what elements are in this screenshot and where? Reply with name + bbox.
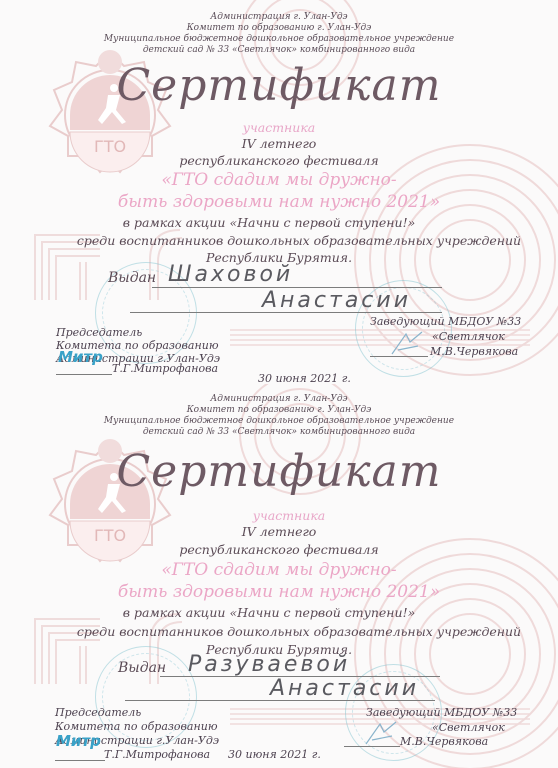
header-line-4: детский сад № 33 «Светлячок» комбинирова…: [0, 427, 558, 438]
certificate-2: ГТО Администрация г. Улан-Удэ Комитет по…: [0, 384, 558, 768]
campaign-line: в рамках акции «Начни с первой ступени!»: [0, 215, 548, 230]
festival-type: республиканского фестиваля: [0, 542, 558, 557]
left-signature: Митр: [56, 732, 101, 750]
left-signer-name: Т.Г.Митрофанова: [104, 748, 210, 761]
left-signer-title-1: Председатель: [56, 326, 142, 339]
festival-slogan-2: быть здоровыми нам нужно 2021»: [0, 582, 558, 602]
left-signature-line: [55, 760, 105, 761]
recipient-surname: Шаховой: [168, 262, 293, 287]
issuer-header: Администрация г. Улан-Удэ Комитет по обр…: [0, 394, 558, 438]
header-line-2: Комитет по образованию г. Улан-Удэ: [0, 23, 558, 34]
left-signer-title-1: Председатель: [55, 706, 141, 719]
recipient-surname: Разуваевой: [188, 652, 350, 677]
festival-slogan-2: быть здоровыми нам нужно 2021»: [0, 192, 558, 212]
right-signer-title-1: Заведующий МБДОУ №33: [370, 315, 521, 328]
header-line-1: Администрация г. Улан-Удэ: [0, 12, 558, 23]
festival-edition: IV летнего: [0, 136, 558, 151]
issued-label: Выдан: [118, 660, 166, 676]
audience-line: среди воспитанников дошкольных образоват…: [20, 624, 558, 639]
festival-slogan-1: «ГТО сдадим мы дружно-: [0, 560, 558, 580]
header-line-3: Муниципальное бюджетное дошкольное образ…: [0, 416, 558, 427]
header-line-4: детский сад № 33 «Светлячок» комбинирова…: [0, 45, 558, 56]
certificate-subtitle: участника: [0, 120, 558, 135]
header-line-1: Администрация г. Улан-Удэ: [0, 394, 558, 405]
certificate-title: Сертификат: [0, 60, 558, 111]
issue-date: 30 июня 2021 г.: [228, 748, 321, 761]
right-signer-title-2: «Светлячок: [432, 721, 505, 734]
left-signature-line: [56, 374, 112, 375]
right-signer-title-2: «Светлячок: [432, 330, 505, 343]
right-signature-icon: [362, 718, 402, 748]
recipient-name: Анастасии: [262, 288, 411, 313]
festival-type: республиканского фестиваля: [0, 153, 558, 168]
header-line-2: Комитет по образованию г. Улан-Удэ: [0, 405, 558, 416]
festival-slogan-1: «ГТО сдадим мы дружно-: [0, 170, 558, 190]
issue-date: 30 июня 2021 г.: [258, 372, 351, 384]
certificate-1: ГТО Администрация г. Улан-Удэ Комитет по…: [0, 0, 558, 384]
certificate-title: Сертификат: [0, 446, 558, 497]
campaign-line: в рамках акции «Начни с первой ступени!»: [0, 605, 548, 620]
left-signer-name: Т.Г.Митрофанова: [112, 362, 218, 375]
issued-label: Выдан: [108, 270, 156, 286]
certificate-subtitle: участника: [10, 508, 558, 523]
right-signature-icon: [388, 328, 428, 358]
festival-edition: IV летнего: [0, 524, 558, 539]
header-line-3: Муниципальное бюджетное дошкольное образ…: [0, 34, 558, 45]
right-signer-name: М.В.Червякова: [400, 735, 488, 748]
left-signature: Митр: [58, 348, 103, 366]
recipient-name: Анастасии: [270, 676, 419, 701]
audience-line: среди воспитанников дошкольных образоват…: [20, 233, 558, 248]
issuer-header: Администрация г. Улан-Удэ Комитет по обр…: [0, 12, 558, 56]
right-signer-name: М.В.Червякова: [430, 345, 518, 358]
